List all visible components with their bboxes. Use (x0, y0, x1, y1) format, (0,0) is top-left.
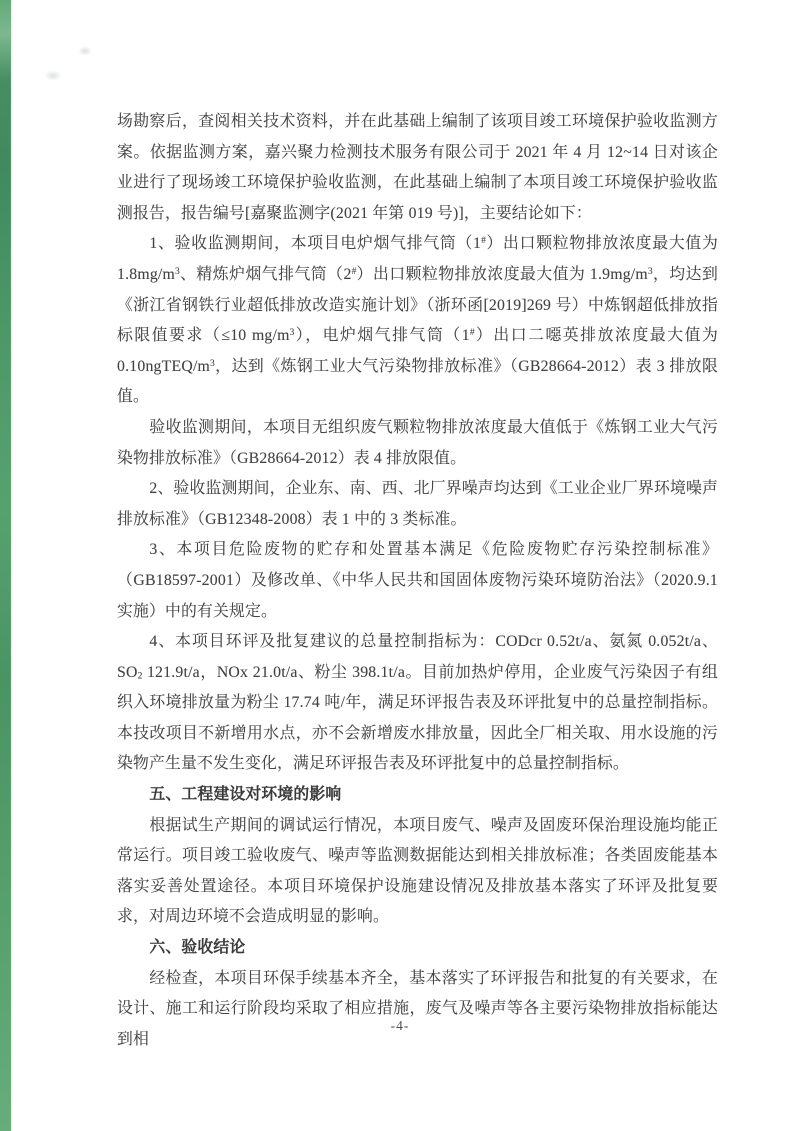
section-heading-5: 五、工程建设对环境的影响 (117, 780, 718, 811)
conclusion-item-3: 3、本项目危险废物的贮存和处置基本满足《危险废物贮存污染控制标准》（GB1859… (117, 535, 718, 627)
scan-edge-artifact (0, 0, 11, 1131)
page-number: -4- (0, 1018, 800, 1034)
conclusion-item-1b: 验收监测期间，本项目无组织废气颗粒物排放浓度最大值低于《炼钢工业大气污染物排放标… (117, 413, 718, 474)
section-heading-6: 六、验收结论 (117, 933, 718, 964)
section-5-paragraph: 根据试生产期间的调试运行情况，本项目废气、噪声及固废环保治理设施均能正常运行。项… (117, 811, 718, 933)
document-body: 场勘察后，查阅相关技术资料，并在此基础上编制了该项目竣工环境保护验收监测方案。依… (117, 107, 718, 1055)
scan-smudge (44, 70, 62, 81)
conclusion-item-2: 2、验收监测期间，企业东、南、西、北厂界噪声均达到《工业企业厂界环境噪声排放标准… (117, 474, 718, 535)
section-6-paragraph: 经检查，本项目环保手续基本齐全，基本落实了环评报告和批复的有关要求，在设计、施工… (117, 964, 718, 1056)
scan-smudge (78, 46, 92, 56)
conclusion-item-1: 1、验收监测期间，本项目电炉烟气排气筒（1#）出口颗粒物排放浓度最大值为 1.8… (117, 229, 718, 413)
scanned-report-page: 场勘察后，查阅相关技术资料，并在此基础上编制了该项目竣工环境保护验收监测方案。依… (0, 0, 800, 1131)
paragraph-continuation: 场勘察后，查阅相关技术资料，并在此基础上编制了该项目竣工环境保护验收监测方案。依… (117, 107, 718, 229)
conclusion-item-4: 4、本项目环评及批复建议的总量控制指标为：CODcr 0.52t/a、氨氮 0.… (117, 627, 718, 780)
